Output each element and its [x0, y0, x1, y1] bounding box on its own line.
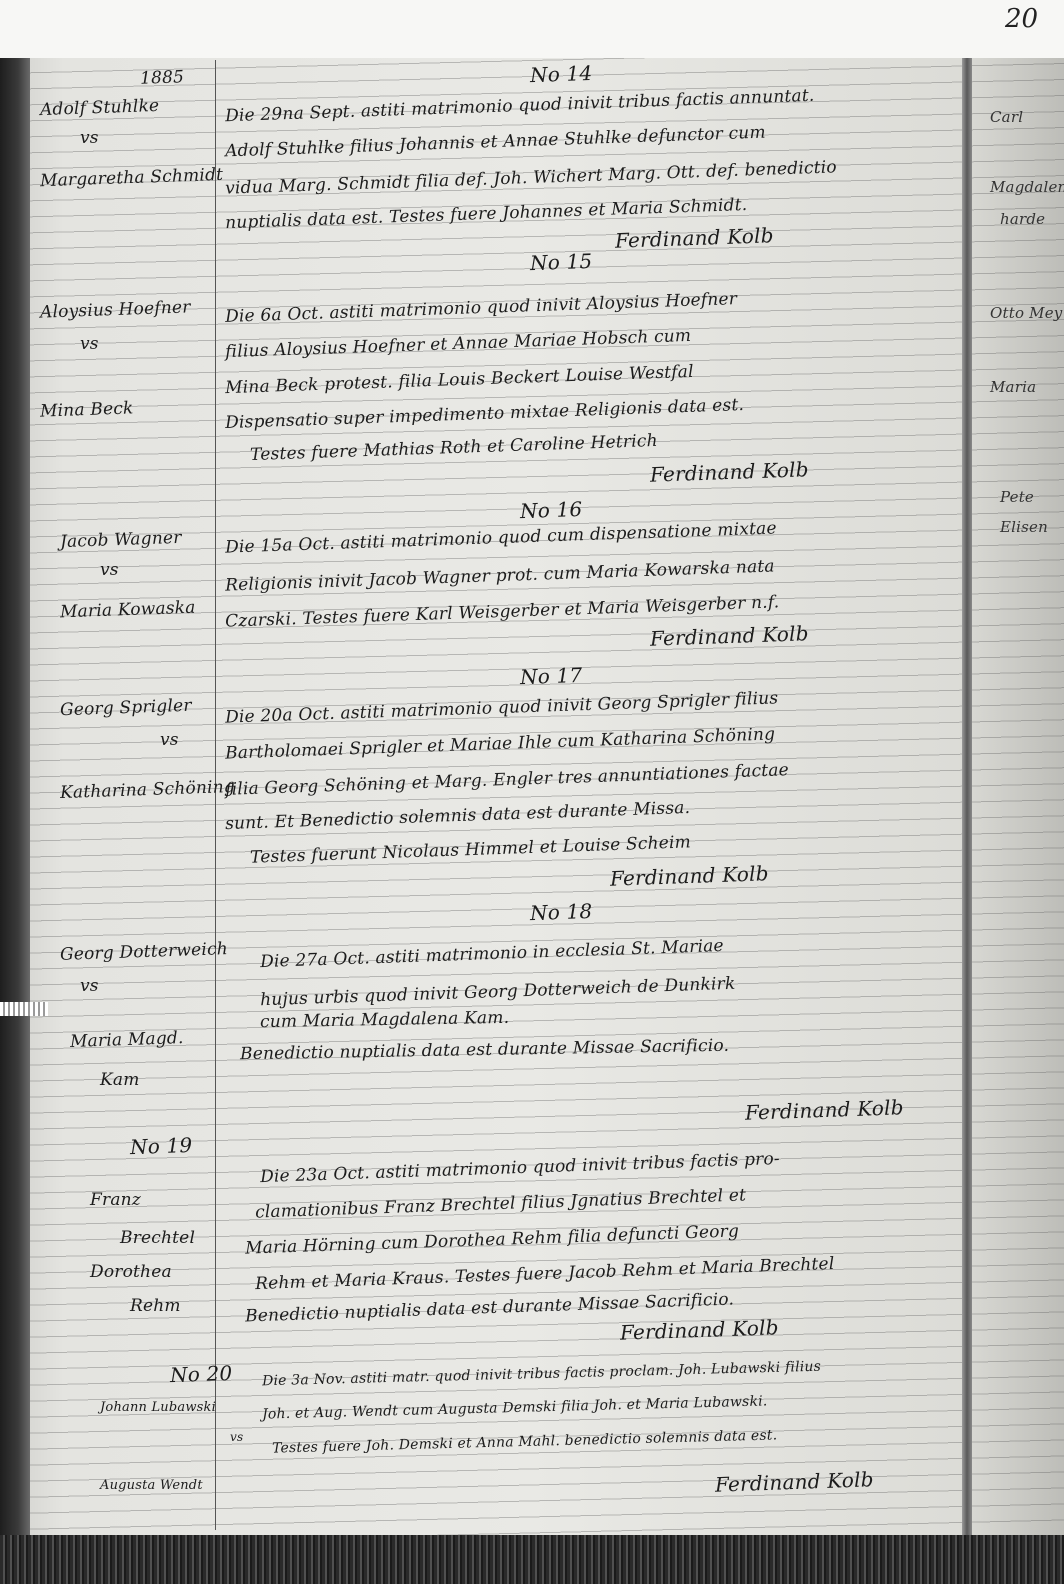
margin-name: vs [100, 560, 119, 580]
margin-name: Dorothea [90, 1262, 172, 1282]
margin-name: Augusta Wendt [100, 1478, 203, 1493]
margin-name: vs [80, 128, 99, 148]
entry-number: No 17 [520, 663, 583, 689]
margin-name: vs [80, 976, 99, 996]
margin-name: Johann Lubawski [100, 1400, 216, 1415]
entry-number: No 16 [520, 497, 583, 523]
book-binding [0, 58, 30, 1584]
margin-name: Rehm [130, 1296, 181, 1316]
margin-name: Brechtel [120, 1228, 195, 1248]
entry-number: No 20 [170, 1361, 233, 1387]
bottom-edge [0, 1535, 1064, 1584]
margin-name: Mina Beck [40, 398, 134, 421]
entry-number: No 14 [530, 61, 593, 87]
margin-name: Franz [90, 1190, 141, 1210]
next-page-fragment: harde [1000, 210, 1045, 228]
margin-name: Jacob Wagner [60, 528, 182, 552]
margin-name: Maria Magd. [70, 1028, 184, 1052]
margin-name: vs [80, 334, 99, 354]
entry-number: No 18 [530, 899, 593, 925]
margin-name: Adolf Stuhlke [40, 96, 160, 120]
entry-number: No 15 [530, 249, 593, 275]
page-fold [962, 58, 972, 1538]
next-page-fragment: Pete [1000, 488, 1034, 506]
next-page-fragment: Elisen [1000, 518, 1048, 536]
binding-tear [0, 1002, 48, 1016]
next-page-fragment: Magdalena [990, 178, 1064, 196]
next-page-fragment: Maria [990, 378, 1036, 396]
margin-name: Kam [100, 1070, 140, 1090]
entry-number: No 19 [130, 1133, 193, 1159]
margin-name: vs [160, 730, 179, 750]
margin-name: vs [230, 1430, 243, 1444]
next-page-fragment: Otto Mey [990, 304, 1062, 322]
next-page-fragment: Carl [990, 108, 1023, 126]
year-label: 1885 [140, 67, 185, 89]
page-number: 20 [1005, 4, 1038, 34]
